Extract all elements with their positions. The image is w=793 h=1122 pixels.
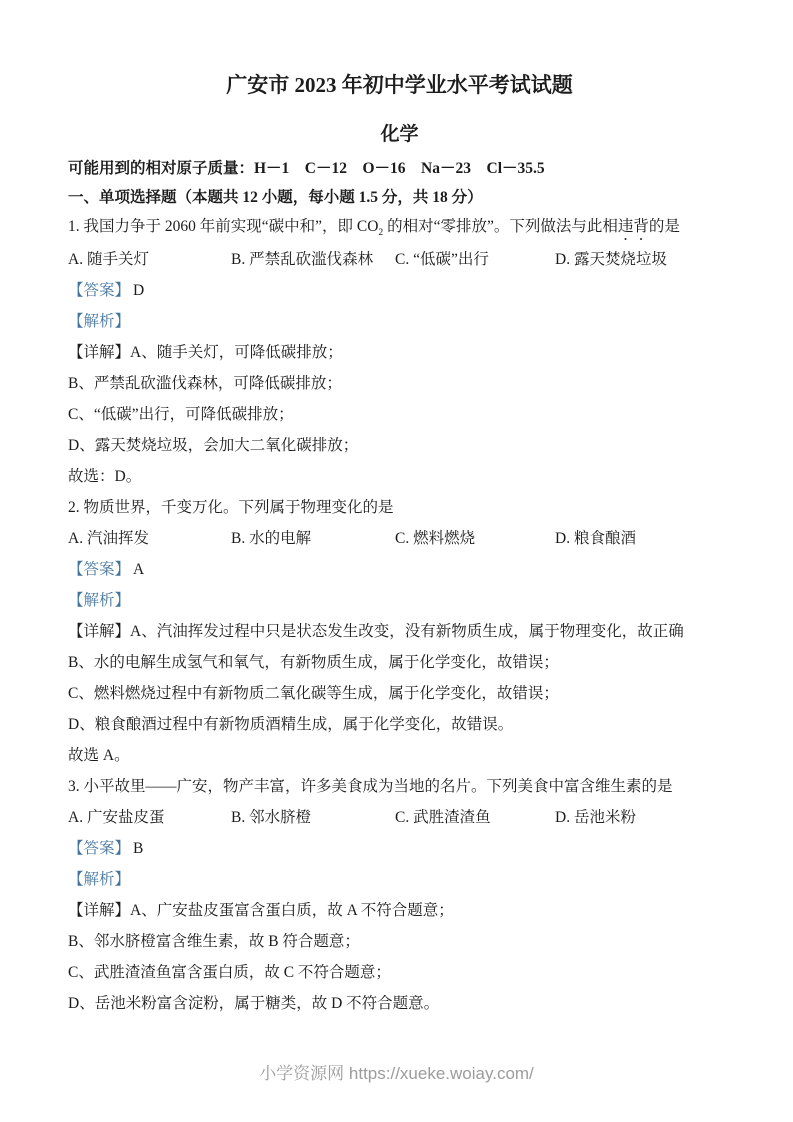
question-3-options: A. 广安盐皮蛋 B. 邻水脐橙 C. 武胜渣渣鱼 D. 岳池米粉	[68, 802, 731, 833]
explain-line: D、岳池米粉富含淀粉，属于糖类，故 D 不符合题意。	[68, 988, 731, 1019]
detail-label: 【详解】	[68, 902, 130, 919]
option-d: D. 粮食酿酒	[555, 523, 731, 554]
answer-label: 【答案】	[68, 840, 130, 857]
exam-title: 广安市 2023 年初中学业水平考试试题	[68, 70, 731, 100]
analysis-label: 【解析】	[68, 592, 130, 609]
explain-line: 【详解】A、随手关灯，可降低碳排放；	[68, 337, 731, 368]
question-2-stem: 2. 物质世界，千变万化。下列属于物理变化的是	[68, 492, 731, 523]
answer-label: 【答案】	[68, 282, 130, 299]
analysis-line: 【解析】	[68, 306, 731, 337]
analysis-label: 【解析】	[68, 313, 130, 330]
explain-line: B、邻水脐橙富含维生素，故 B 符合题意；	[68, 926, 731, 957]
option-c: C. “低碳”出行	[395, 244, 555, 275]
conclusion-line: 故选 A。	[68, 740, 731, 771]
option-d: D. 露天焚烧垃圾	[555, 244, 731, 275]
answer-line: 【答案】A	[68, 554, 731, 585]
question-block-1: 1. 我国力争于 2060 年前实现“碳中和”，即 CO2 的相对“零排放”。下…	[68, 211, 731, 492]
document-content: 广安市 2023 年初中学业水平考试试题 化学 可能用到的相对原子质量：H－1 …	[0, 0, 793, 1019]
analysis-label: 【解析】	[68, 871, 130, 888]
explain-text: A、广安盐皮蛋富含蛋白质，故 A 不符合题意；	[130, 902, 454, 919]
option-c: C. 燃料燃烧	[395, 523, 555, 554]
answer-line: 【答案】B	[68, 833, 731, 864]
stem-text: 的相对“零排放”。下列做法与此相	[383, 218, 618, 235]
option-a: A. 汽油挥发	[68, 523, 231, 554]
explain-line: C、燃料燃烧过程中有新物质二氧化碳等生成，属于化学变化，故错误；	[68, 678, 731, 709]
answer-value: A	[133, 561, 144, 578]
stem-text: 1. 我国力争于 2060 年前实现“碳中和”，即 CO	[68, 218, 378, 235]
answer-line: 【答案】D	[68, 275, 731, 306]
explain-line: D、粮食酿酒过程中有新物质酒精生成，属于化学变化，故错误。	[68, 709, 731, 740]
explain-text: A、汽油挥发过程中只是状态发生改变，没有新物质生成，属于物理变化，故正确	[130, 623, 684, 640]
detail-label: 【详解】	[68, 344, 130, 361]
atomic-mass-note: 可能用到的相对原子质量：H－1 C－12 O－16 Na－23 Cl－35.5	[68, 158, 731, 179]
analysis-line: 【解析】	[68, 585, 731, 616]
analysis-line: 【解析】	[68, 864, 731, 895]
explain-line: D、露天焚烧垃圾，会加大二氧化碳排放；	[68, 430, 731, 461]
explain-line: C、“低碳”出行，可降低碳排放；	[68, 399, 731, 430]
answer-value: B	[133, 840, 143, 857]
question-block-2: 2. 物质世界，千变万化。下列属于物理变化的是 A. 汽油挥发 B. 水的电解 …	[68, 492, 731, 771]
watermark-footer: 小学资源网 https://xueke.woiay.com/	[0, 1062, 793, 1086]
answer-label: 【答案】	[68, 561, 130, 578]
answer-value: D	[133, 282, 144, 299]
conclusion-line: 故选：D。	[68, 461, 731, 492]
explain-line: B、水的电解生成氢气和氧气，有新物质生成，属于化学变化，故错误；	[68, 647, 731, 678]
option-c: C. 武胜渣渣鱼	[395, 802, 555, 833]
stem-text: 的是	[649, 218, 680, 235]
exam-subject: 化学	[68, 122, 731, 148]
option-a: A. 广安盐皮蛋	[68, 802, 231, 833]
question-1-options: A. 随手关灯 B. 严禁乱砍滥伐森林 C. “低碳”出行 D. 露天焚烧垃圾	[68, 244, 731, 275]
option-a: A. 随手关灯	[68, 244, 231, 275]
option-b: B. 邻水脐橙	[231, 802, 395, 833]
explain-line: 【详解】A、汽油挥发过程中只是状态发生改变，没有新物质生成，属于物理变化，故正确	[68, 616, 731, 647]
explain-line: B、严禁乱砍滥伐森林，可降低碳排放；	[68, 368, 731, 399]
question-block-3: 3. 小平故里——广安，物产丰富，许多美食成为当地的名片。下列美食中富含维生素的…	[68, 771, 731, 1019]
detail-label: 【详解】	[68, 623, 130, 640]
question-2-options: A. 汽油挥发 B. 水的电解 C. 燃料燃烧 D. 粮食酿酒	[68, 523, 731, 554]
question-3-stem: 3. 小平故里——广安，物产丰富，许多美食成为当地的名片。下列美食中富含维生素的…	[68, 771, 731, 802]
question-1-stem: 1. 我国力争于 2060 年前实现“碳中和”，即 CO2 的相对“零排放”。下…	[68, 211, 731, 244]
document-page: 广安市 2023 年初中学业水平考试试题 化学 可能用到的相对原子质量：H－1 …	[0, 0, 793, 1122]
explain-line: 【详解】A、广安盐皮蛋富含蛋白质，故 A 不符合题意；	[68, 895, 731, 926]
explain-line: C、武胜渣渣鱼富含蛋白质，故 C 不符合题意；	[68, 957, 731, 988]
emphasized-text: 违背	[618, 218, 649, 235]
option-b: B. 严禁乱砍滥伐森林	[231, 244, 395, 275]
option-b: B. 水的电解	[231, 523, 395, 554]
section-header: 一、单项选择题（本题共 12 小题，每小题 1.5 分，共 18 分）	[68, 187, 731, 209]
explain-text: A、随手关灯，可降低碳排放；	[130, 344, 343, 361]
option-d: D. 岳池米粉	[555, 802, 731, 833]
